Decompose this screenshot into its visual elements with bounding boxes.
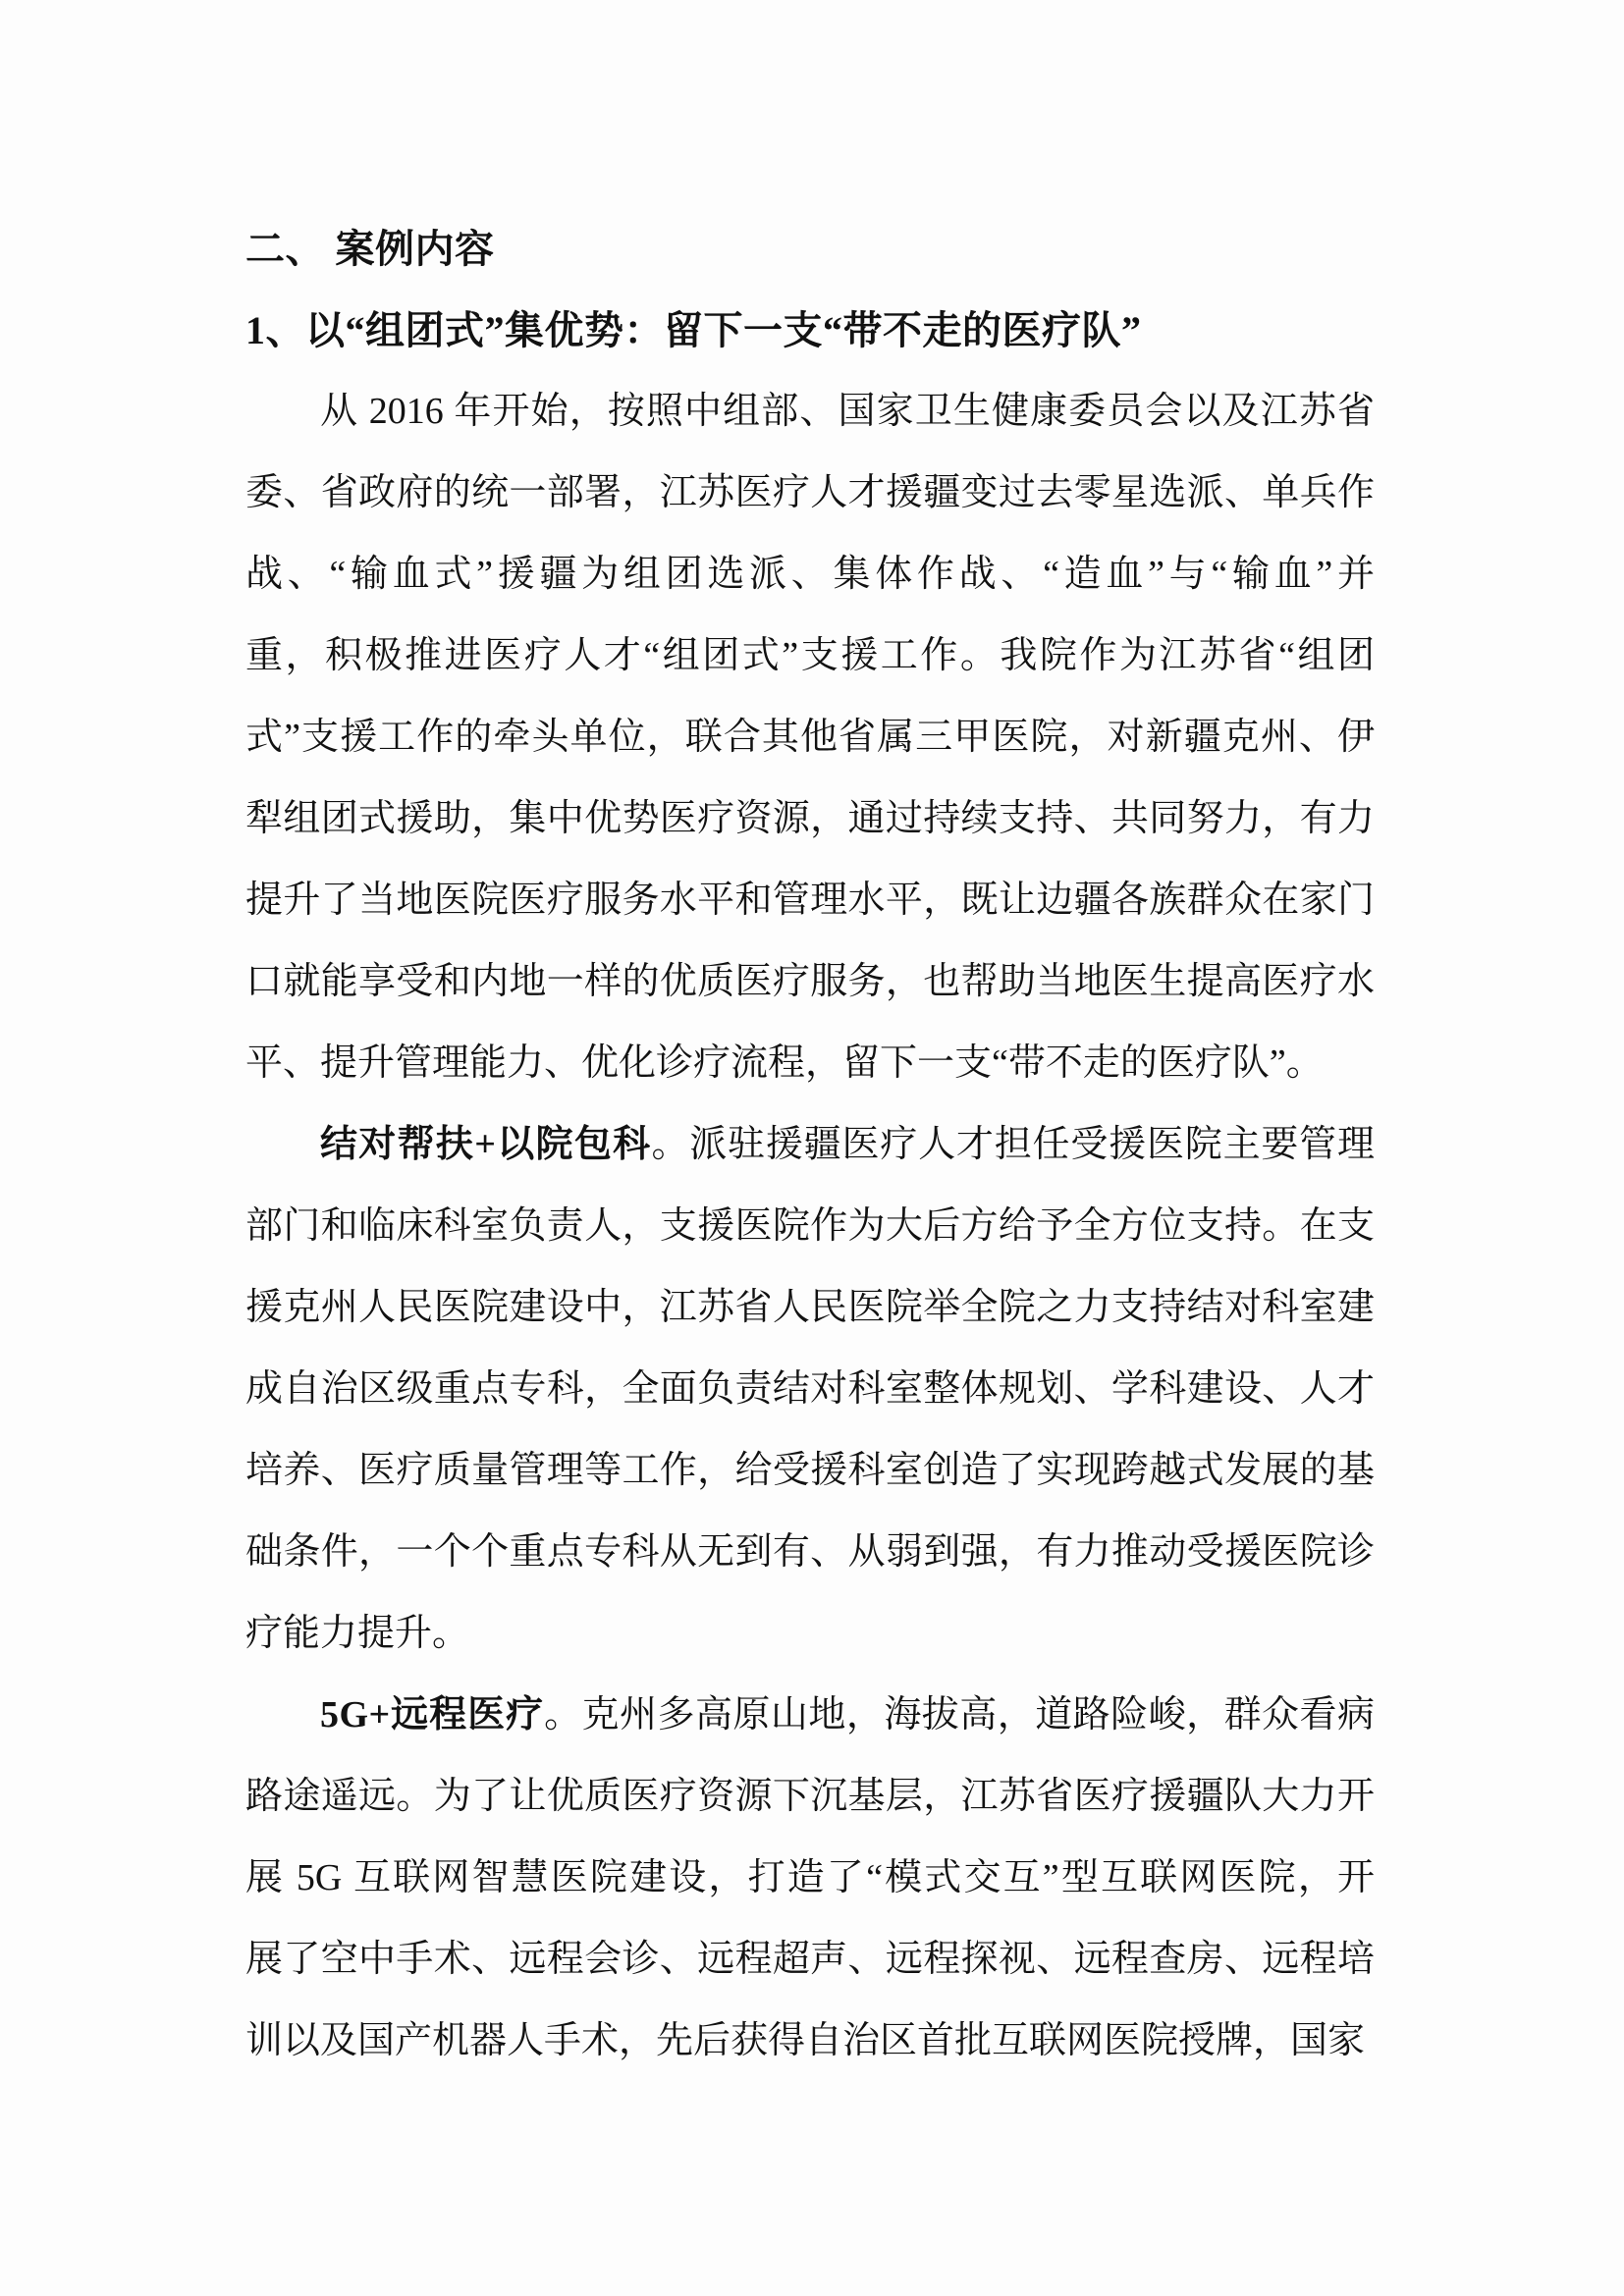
- text-line: 5G+远程医疗。克州多高原山地，海拔高，道路险峻，群众看病: [245, 1675, 1375, 1756]
- text-line: 成自治区级重点专科，全面负责结对科室整体规划、学科建设、人才: [245, 1349, 1375, 1430]
- text-line: 平、提升管理能力、优化诊疗流程，留下一支“带不走的医疗队”。: [245, 1023, 1375, 1104]
- text-line: 疗能力提升。: [245, 1593, 1375, 1675]
- text-line: 结对帮扶+以院包科。派驻援疆医疗人才担任受援医院主要管理: [245, 1104, 1375, 1186]
- text-line: 提升了当地医院医疗服务水平和管理水平，既让边疆各族群众在家门: [245, 860, 1375, 941]
- text-line: 展 5G 互联网智慧医院建设，打造了“模式交互”型互联网医院，开: [245, 1838, 1375, 1919]
- document-page: 二、 案例内容 1、以“组团式”集优势：留下一支“带不走的医疗队” 从 2016…: [0, 0, 1624, 2296]
- bold-lead: 5G+远程医疗: [320, 1694, 544, 1735]
- text-line: 部门和临床科室负责人，支援医院作为大后方给予全方位支持。在支: [245, 1186, 1375, 1267]
- paragraphs: 从 2016 年开始，按照中组部、国家卫生健康委员会以及江苏省委、省政府的统一部…: [245, 371, 1375, 2082]
- paragraph: 从 2016 年开始，按照中组部、国家卫生健康委员会以及江苏省委、省政府的统一部…: [245, 371, 1375, 1104]
- text-line: 训以及国产机器人手术，先后获得自治区首批互联网医院授牌，国家: [245, 2001, 1375, 2082]
- text-line: 战、“输血式”援疆为组团选派、集体作战、“造血”与“输血”并: [245, 534, 1375, 615]
- text-line: 从 2016 年开始，按照中组部、国家卫生健康委员会以及江苏省: [245, 371, 1375, 453]
- text-line: 培养、医疗质量管理等工作，给受援科室创造了实现跨越式发展的基: [245, 1430, 1375, 1512]
- document-body: 二、 案例内容 1、以“组团式”集优势：留下一支“带不走的医疗队” 从 2016…: [245, 208, 1375, 2082]
- text-line: 口就能享受和内地一样的优质医疗服务，也帮助当地医生提高医疗水: [245, 941, 1375, 1023]
- text-line: 础条件，一个个重点专科从无到有、从弱到强，有力推动受援医院诊: [245, 1512, 1375, 1593]
- text-line: 委、省政府的统一部署，江苏医疗人才援疆变过去零星选派、单兵作: [245, 453, 1375, 534]
- bold-lead: 结对帮扶+以院包科: [320, 1124, 651, 1165]
- text-line: 援克州人民医院建设中，江苏省人民医院举全院之力支持结对科室建: [245, 1267, 1375, 1349]
- text-line: 展了空中手术、远程会诊、远程超声、远程探视、远程查房、远程培: [245, 1919, 1375, 2001]
- subsection-heading: 1、以“组团式”集优势：留下一支“带不走的医疗队”: [245, 290, 1375, 371]
- text-line: 路途遥远。为了让优质医疗资源下沉基层，江苏省医疗援疆队大力开: [245, 1756, 1375, 1838]
- text-line: 式”支援工作的牵头单位，联合其他省属三甲医院，对新疆克州、伊: [245, 697, 1375, 778]
- paragraph: 5G+远程医疗。克州多高原山地，海拔高，道路险峻，群众看病路途遥远。为了让优质医…: [245, 1675, 1375, 2082]
- text-line: 犁组团式援助，集中优势医疗资源，通过持续支持、共同努力，有力: [245, 778, 1375, 860]
- text-line: 重，积极推进医疗人才“组团式”支援工作。我院作为江苏省“组团: [245, 615, 1375, 697]
- paragraph: 结对帮扶+以院包科。派驻援疆医疗人才担任受援医院主要管理部门和临床科室负责人，支…: [245, 1104, 1375, 1675]
- section-heading: 二、 案例内容: [245, 208, 1375, 290]
